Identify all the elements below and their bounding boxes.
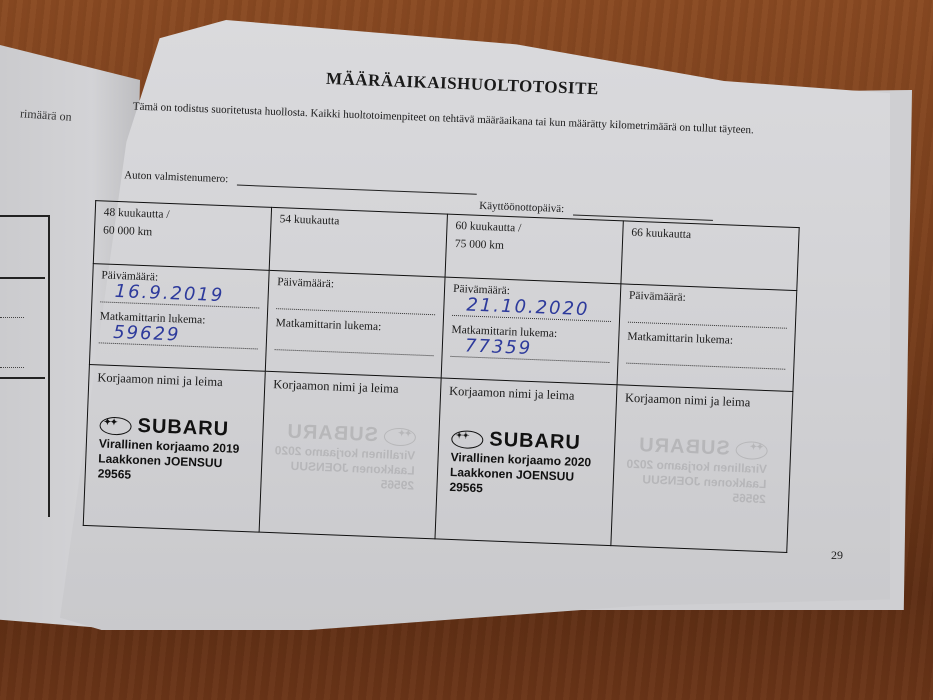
- odometer-field[interactable]: 77359: [450, 338, 610, 363]
- page-number: 29: [831, 548, 843, 563]
- workshop-label: Korjaamon nimi ja leima: [273, 377, 399, 396]
- vin-input-line[interactable]: [237, 185, 477, 195]
- odometer-field[interactable]: [275, 331, 435, 356]
- interval-km: 60 000 km: [103, 224, 262, 242]
- workshop-stamp: SUBARU Virallinen korjaamo 2020 Laakkone…: [449, 427, 592, 500]
- intro-text: Tämä on todistus suoritetusta huollosta.…: [133, 100, 793, 139]
- dotted-line: [0, 367, 24, 368]
- date-field[interactable]: [276, 290, 436, 315]
- date-handwritten: 16.9.2019: [114, 281, 224, 306]
- workshop-stamp-cell: Korjaamon nimi ja leima SUBARU Viralline…: [611, 385, 793, 553]
- workshop-label: Korjaamon nimi ja leima: [97, 370, 223, 389]
- subaru-logo-icon: [735, 440, 768, 459]
- odometer-handwritten: 59629: [113, 322, 181, 346]
- workshop-stamp-cell: Korjaamon nimi ja leima SUBARU Viralline…: [259, 371, 441, 539]
- interval-km: [631, 245, 790, 251]
- service-entry-cell: Päivämäärä: 16.9.2019 Matkamittarin luke…: [89, 264, 269, 372]
- interval-label: 54 kuukautta: [279, 213, 438, 231]
- service-entry-cell: Päivämäärä: 21.10.2020 Matkamittarin luk…: [441, 277, 621, 385]
- date-handwritten: 21.10.2020: [466, 294, 590, 320]
- subaru-logo-icon: [99, 416, 132, 435]
- date-field[interactable]: 16.9.2019: [100, 283, 260, 308]
- show-through-stamp: SUBARU Virallinen korjaamo 2020 Laakkone…: [625, 434, 768, 507]
- subaru-logo-icon: [384, 427, 417, 446]
- workshop-stamp-cell: Korjaamon nimi ja leima SUBARU Viralline…: [435, 378, 617, 546]
- dotted-line: [0, 317, 24, 318]
- odometer-field[interactable]: 59629: [99, 324, 259, 349]
- vin-field: Auton valmistenumero:: [124, 169, 477, 195]
- interval-cell: 66 kuukautta: [621, 221, 799, 291]
- service-record-page: MÄÄRÄAIKAISHUOLTOTOSITE Tämä on todistus…: [75, 50, 834, 598]
- subaru-logo-icon: [451, 429, 484, 448]
- date-field[interactable]: [628, 304, 788, 329]
- interval-label: 66 kuukautta: [631, 227, 790, 245]
- interval-cell: 60 kuukautta / 75 000 km: [445, 214, 623, 284]
- workshop-label: Korjaamon nimi ja leima: [449, 384, 575, 403]
- vin-label: Auton valmistenumero:: [124, 169, 229, 185]
- table-line: [0, 277, 45, 279]
- show-through-stamp: SUBARU Virallinen korjaamo 2020 Laakkone…: [273, 420, 416, 493]
- first-use-label: Käyttöönottopäivä:: [479, 200, 564, 215]
- interval-km: [279, 231, 438, 237]
- date-field[interactable]: 21.10.2020: [452, 297, 612, 322]
- workshop-stamp: SUBARU Virallinen korjaamo 2019 Laakkone…: [97, 413, 240, 486]
- interval-label: 48 kuukautta /: [104, 206, 263, 224]
- odometer-handwritten: 77359: [465, 335, 533, 359]
- interval-cell: 48 kuukautta / 60 000 km: [93, 201, 271, 271]
- service-entry-cell: Päivämäärä: Matkamittarin lukema:: [265, 270, 445, 378]
- table-line: [0, 377, 45, 379]
- service-entry-cell: Päivämäärä: Matkamittarin lukema:: [617, 284, 797, 392]
- odometer-field[interactable]: [626, 345, 786, 370]
- page-title: MÄÄRÄAIKAISHUOLTOTOSITE: [326, 69, 599, 99]
- workshop-label: Korjaamon nimi ja leima: [625, 391, 751, 410]
- interval-label: 60 kuukautta /: [455, 220, 614, 238]
- left-page-table: [0, 215, 50, 517]
- workshop-stamp-row: Korjaamon nimi ja leima SUBARU Viralline…: [83, 365, 793, 553]
- interval-km: 75 000 km: [455, 238, 614, 256]
- workshop-stamp-cell: Korjaamon nimi ja leima SUBARU Viralline…: [83, 365, 265, 533]
- interval-cell: 54 kuukautta: [269, 207, 447, 277]
- service-table: 48 kuukautta / 60 000 km 54 kuukautta 60…: [83, 200, 800, 553]
